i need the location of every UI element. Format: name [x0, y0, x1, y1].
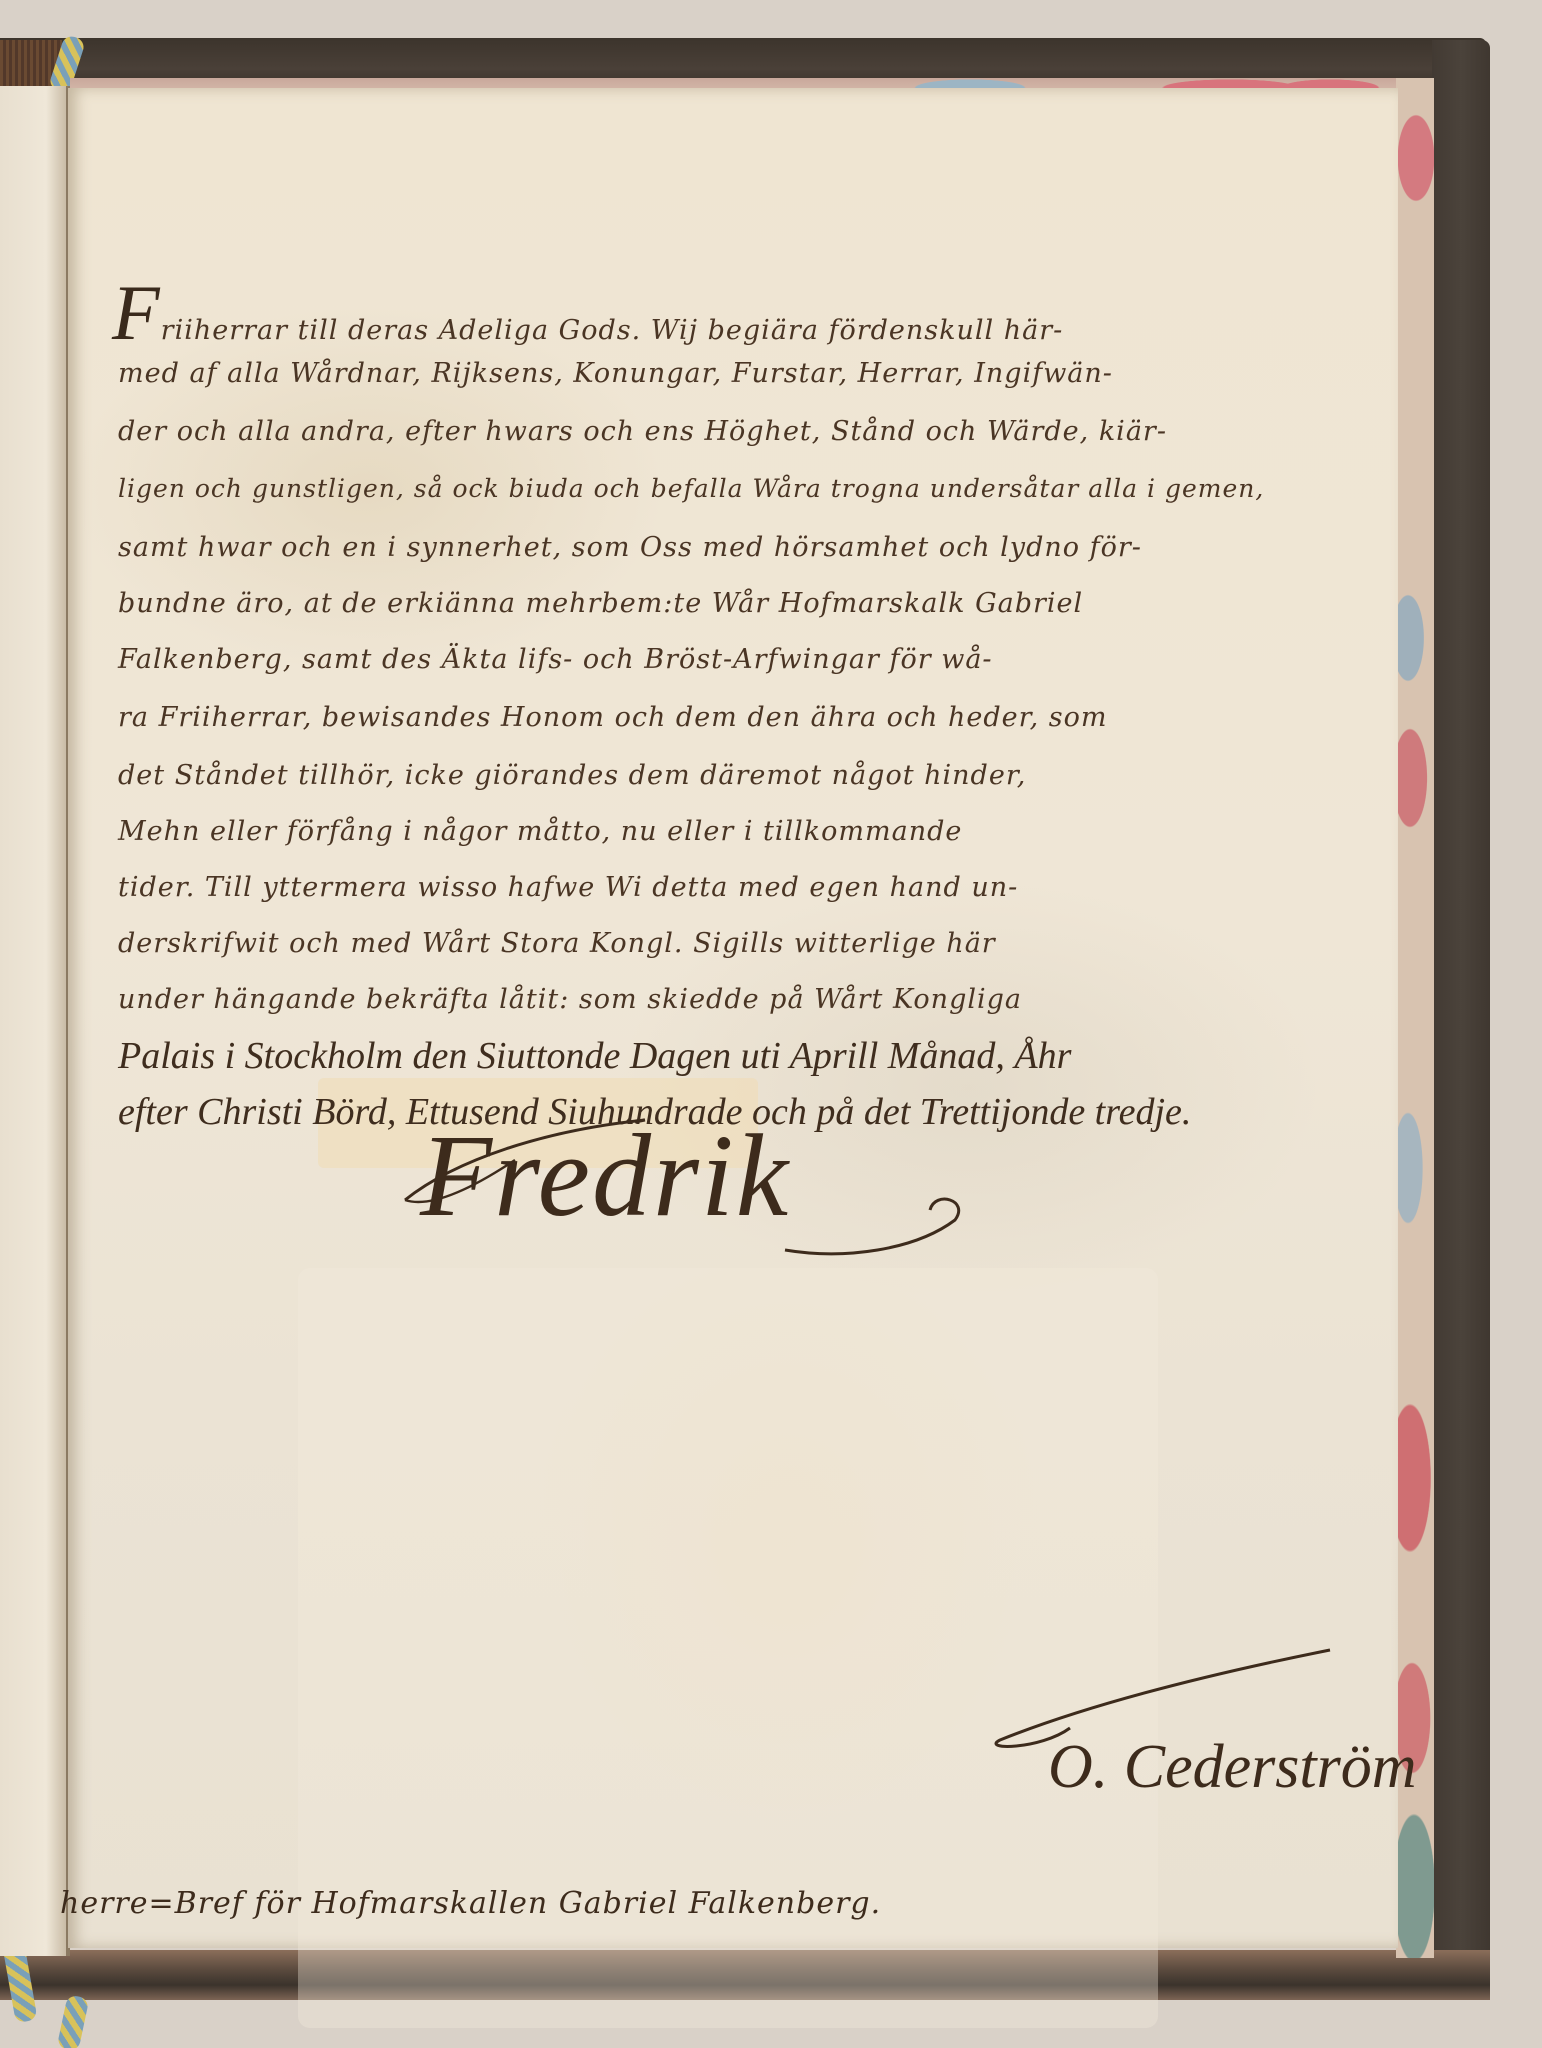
text-line-1: Friiherrar till deras Adeliga Gods. Wij …: [112, 274, 1063, 352]
book-cover-right-edge: [1432, 40, 1490, 2000]
text-line-2: med af alla Wårdnar, Rijksens, Konungar,…: [118, 358, 1113, 389]
text-line-7: Falkenberg, samt des Äkta lifs- och Brös…: [118, 644, 993, 675]
text-line-3: der och alla andra, efter hwars och ens …: [118, 416, 1167, 447]
text-line-5: samt hwar och en i synnerhet, som Oss me…: [118, 532, 1142, 563]
text-line-9: det Ståndet tillhör, icke giörandes dem …: [118, 760, 1026, 791]
signature-king-fredrik: Fredrik: [420, 1108, 790, 1244]
signature-cederstrom: O. Cederström: [1048, 1732, 1417, 1803]
text-line-4: ligen och gunstligen, så ock biuda och b…: [118, 474, 1264, 503]
marbled-endpaper-right: [1396, 78, 1434, 1958]
decorated-initial: F: [112, 269, 161, 356]
text-line-12: derskrifwit och med Wårt Stora Kongl. Si…: [118, 928, 996, 959]
text-line-6: bundne äro, at de erkiänna mehrbem:te Wå…: [118, 588, 1083, 619]
book-cover-bottom-edge: [0, 1950, 1490, 2000]
docket-caption: herre=Bref för Hofmarskallen Gabriel Fal…: [60, 1886, 881, 1921]
silk-cord-bottom-right: [57, 1994, 90, 2048]
text-line-11: tider. Till yttermera wisso hafwe Wi det…: [118, 872, 1018, 903]
text-line-8: ra Friiherrar, bewisandes Honom och dem …: [118, 702, 1107, 733]
text-line-10: Mehn eller förfång i någor måtto, nu ell…: [118, 816, 962, 847]
text-line-14: Palais i Stockholm den Siuttonde Dagen u…: [118, 1034, 1071, 1078]
text-line-13: under hängande bekräfta låtit: som skied…: [118, 984, 1022, 1015]
left-page-edge: [0, 86, 66, 1956]
